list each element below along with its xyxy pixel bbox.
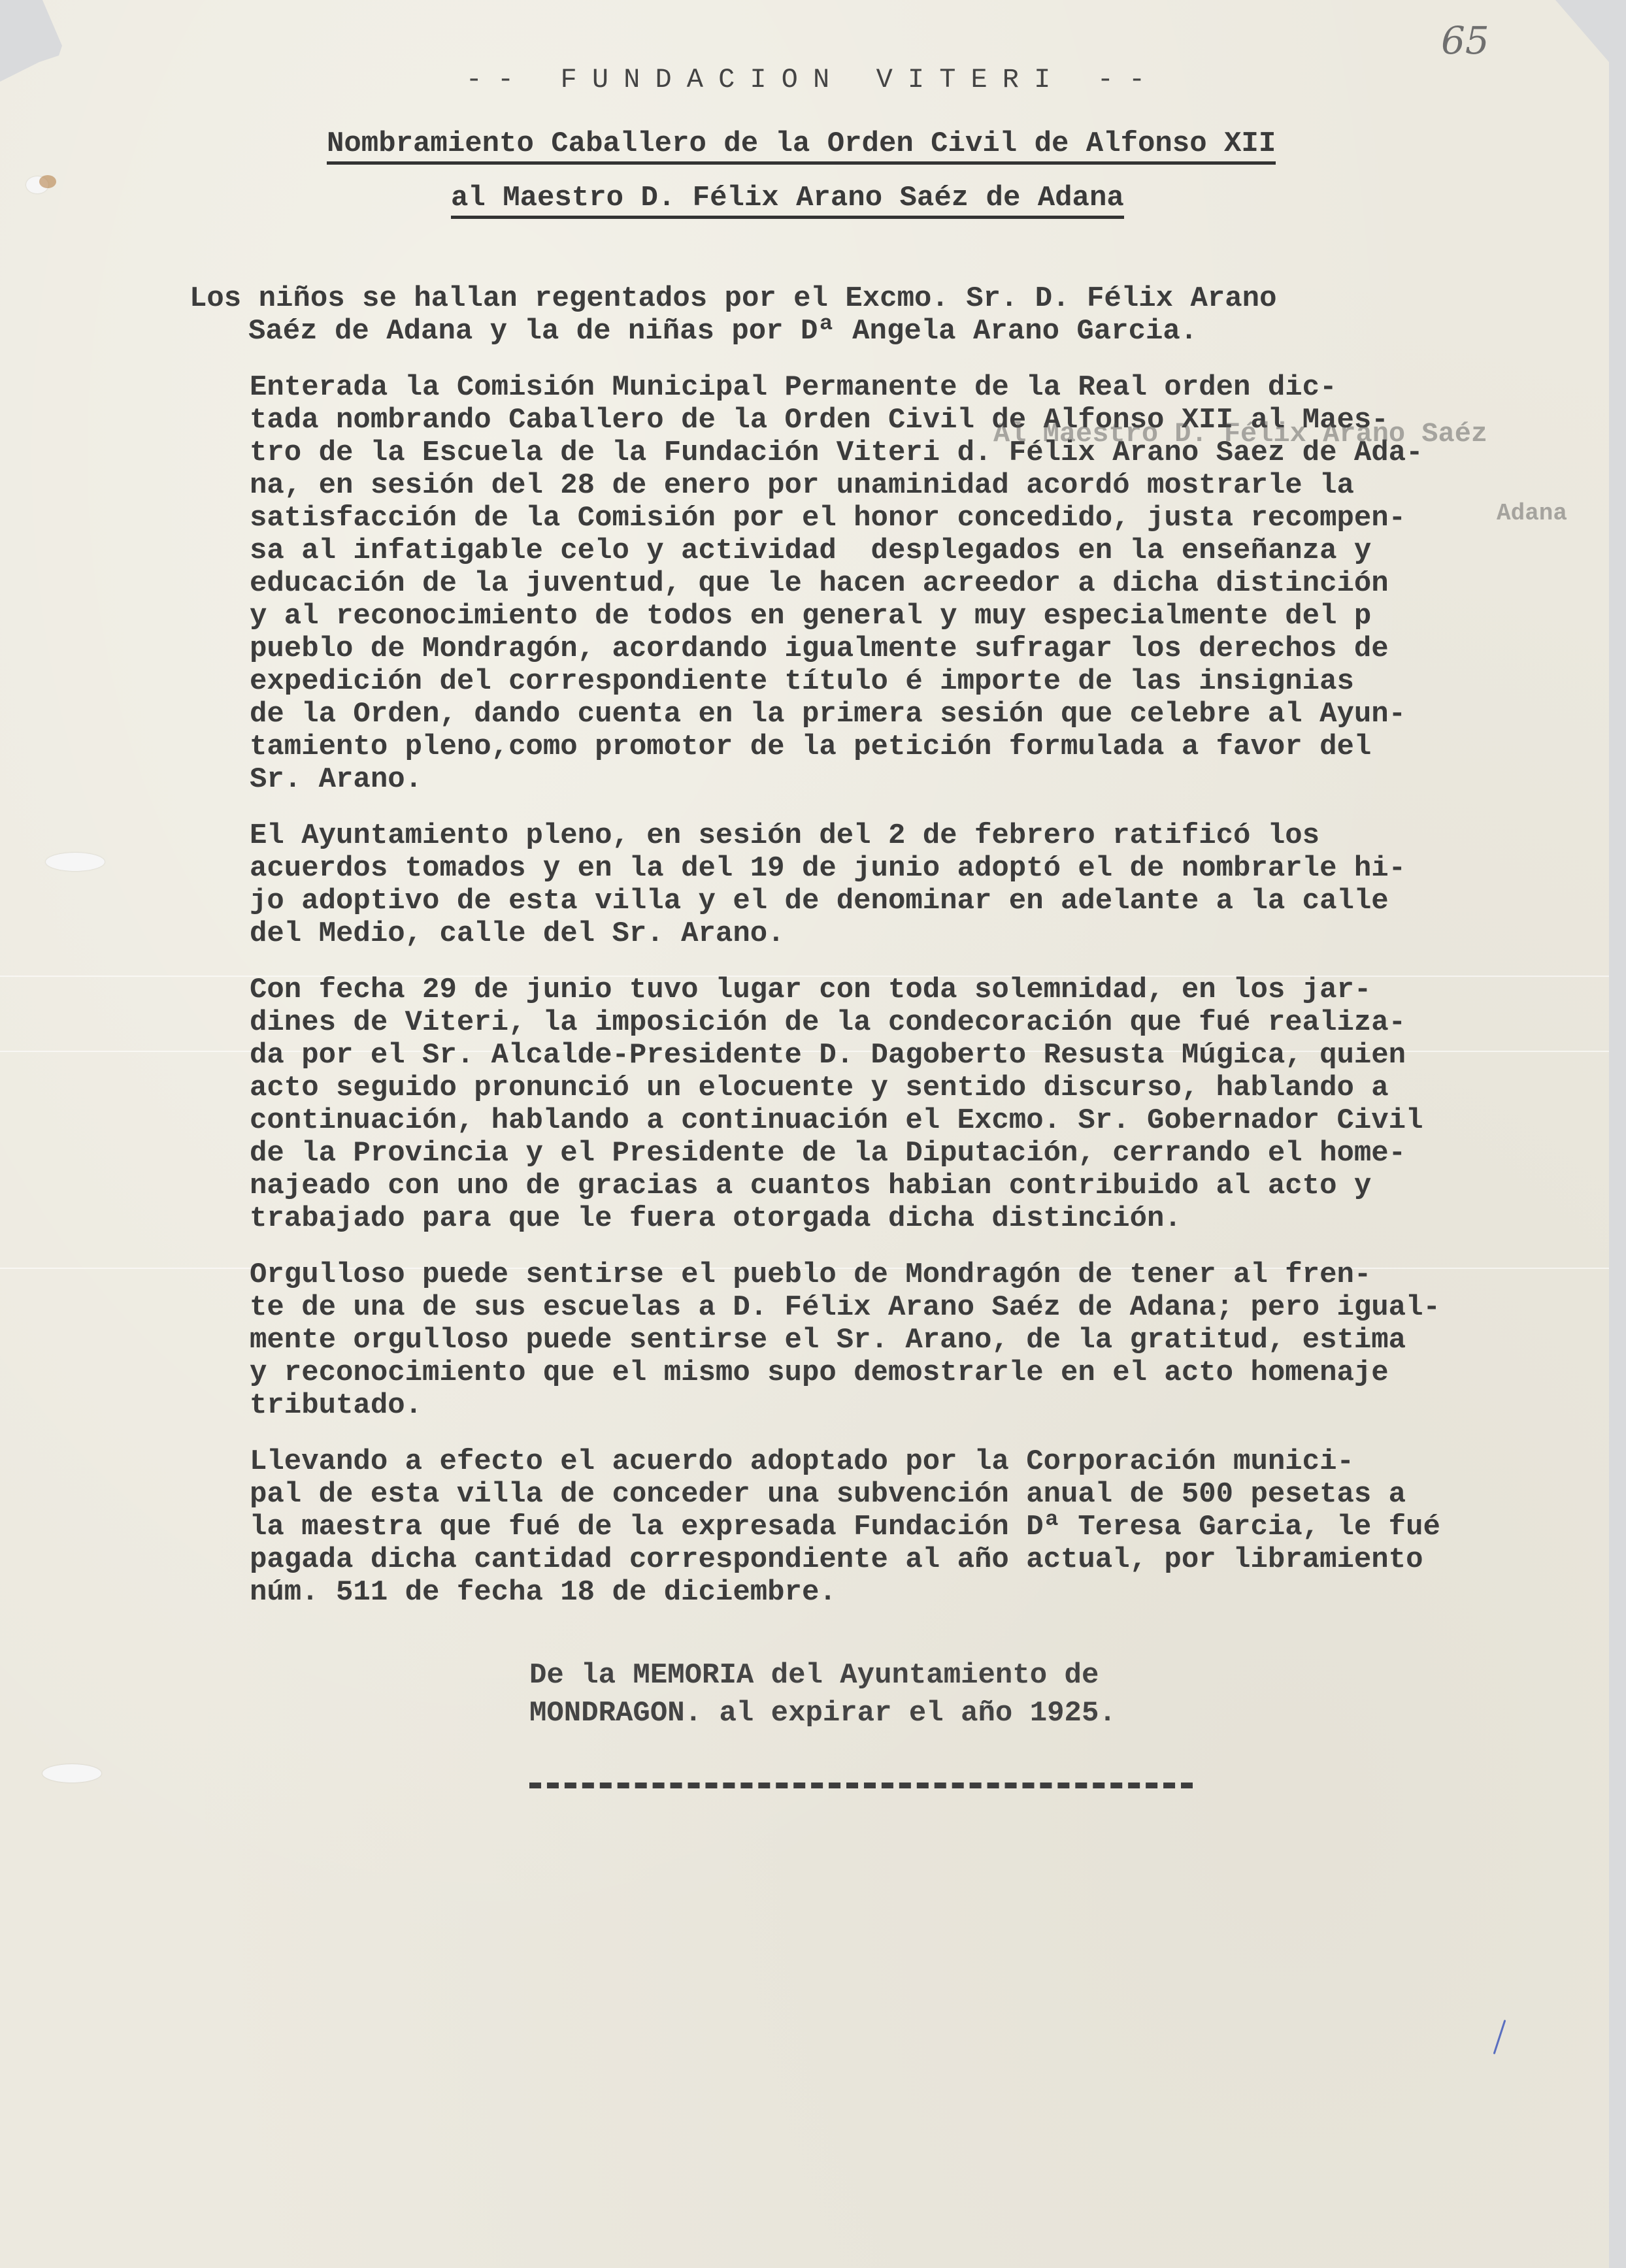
title-line-2: al Maestro D. Félix Arano Saéz de Adana — [451, 182, 1124, 219]
text-line: acuerdos tomados y en la del 19 de junio… — [190, 852, 1549, 885]
text-line: la maestra que fué de la expresada Funda… — [190, 1511, 1549, 1543]
text-line: pal de esta villa de conceder una subven… — [190, 1478, 1549, 1511]
text-line: tamiento pleno,como promotor de la petic… — [190, 731, 1549, 763]
text-line: trabajado para que le fuera otorgada dic… — [190, 1202, 1549, 1235]
text-line: jo adoptivo de esta villa y el de denomi… — [190, 885, 1549, 917]
text-line: na, en sesión del 28 de enero por unamin… — [190, 469, 1549, 502]
text-line: de la Orden, dando cuenta en la primera … — [190, 698, 1549, 731]
text-line: pagada dicha cantidad correspondiente al… — [190, 1543, 1549, 1576]
text-line: dines de Viteri, la imposición de la con… — [190, 1006, 1549, 1039]
text-line: núm. 511 de fecha 18 de diciembre. — [190, 1576, 1549, 1609]
text-line: Enterada la Comisión Municipal Permanent… — [190, 371, 1549, 404]
paragraph-6: Llevando a efecto el acuerdo adoptado po… — [190, 1445, 1549, 1609]
text-line: educación de la juventud, que le hacen a… — [190, 567, 1549, 600]
text-line: expedición del correspondiente título é … — [190, 665, 1549, 698]
text-line: del Medio, calle del Sr. Arano. — [190, 917, 1549, 950]
text-line: Con fecha 29 de junio tuvo lugar con tod… — [190, 974, 1549, 1006]
document-body: Los niños se hallan regentados por el Ex… — [190, 282, 1549, 1632]
text-line: najeado con uno de gracias a cuantos hab… — [190, 1170, 1549, 1202]
closing-dashed-rule — [529, 1783, 1193, 1788]
paper-sheet: 65 -- FUNDACION VITERI -- Nombramiento C… — [0, 0, 1609, 2268]
overstrike-ghost-text: Adana — [1497, 500, 1567, 527]
text-line: y al reconocimiento de todos en general … — [190, 600, 1549, 633]
text-line: te de una de sus escuelas a D. Félix Ara… — [190, 1291, 1549, 1324]
citation-line: MONDRAGON. al expirar el año 1925. — [529, 1694, 1116, 1732]
document-header: -- FUNDACION VITERI -- — [0, 64, 1626, 95]
text-line: de la Provincia y el Presidente de la Di… — [190, 1137, 1549, 1170]
text-line: continuación, hablando a continuación el… — [190, 1104, 1549, 1137]
text-line: Sr. Arano. — [190, 763, 1549, 796]
rust-stain — [39, 175, 56, 188]
text-line: y reconocimiento que el mismo supo demos… — [190, 1356, 1549, 1389]
source-citation: De la MEMORIA del Ayuntamiento deMONDRAG… — [529, 1656, 1116, 1732]
text-line: satisfacción de la Comisión por el honor… — [190, 502, 1549, 534]
overstrike-ghost-text: Al Maestro D. Félix Arano Saéz — [993, 418, 1487, 450]
paragraph-1: Los niños se hallan regentados por el Ex… — [190, 282, 1549, 348]
punch-hole — [42, 1764, 101, 1783]
text-line: Orgulloso puede sentirse el pueblo de Mo… — [190, 1258, 1549, 1291]
citation-line: De la MEMORIA del Ayuntamiento de — [529, 1656, 1116, 1694]
handwritten-page-number: 65 — [1441, 18, 1489, 63]
text-line: tributado. — [190, 1389, 1549, 1422]
text-line: Saéz de Adana y la de niñas por Dª Angel… — [188, 315, 1549, 348]
paragraph-4: Con fecha 29 de junio tuvo lugar con tod… — [190, 974, 1549, 1235]
text-line: mente orgulloso puede sentirse el Sr. Ar… — [190, 1324, 1549, 1356]
punch-hole — [46, 853, 105, 871]
text-line: El Ayuntamiento pleno, en sesión del 2 d… — [190, 819, 1549, 852]
text-line: Los niños se hallan regentados por el Ex… — [190, 282, 1549, 315]
text-line: acto seguido pronunció un elocuente y se… — [190, 1072, 1549, 1104]
paragraph-5: Orgulloso puede sentirse el pueblo de Mo… — [190, 1258, 1549, 1422]
text-line: pueblo de Mondragón, acordando igualment… — [190, 633, 1549, 665]
paragraph-3: El Ayuntamiento pleno, en sesión del 2 d… — [190, 819, 1549, 950]
text-line: da por el Sr. Alcalde-Presidente D. Dago… — [190, 1039, 1549, 1072]
pen-mark — [1493, 2020, 1506, 2054]
text-line: sa al infatigable celo y actividad despl… — [190, 534, 1549, 567]
title-line-1: Nombramiento Caballero de la Orden Civil… — [327, 127, 1276, 165]
text-line: Llevando a efecto el acuerdo adoptado po… — [190, 1445, 1549, 1478]
